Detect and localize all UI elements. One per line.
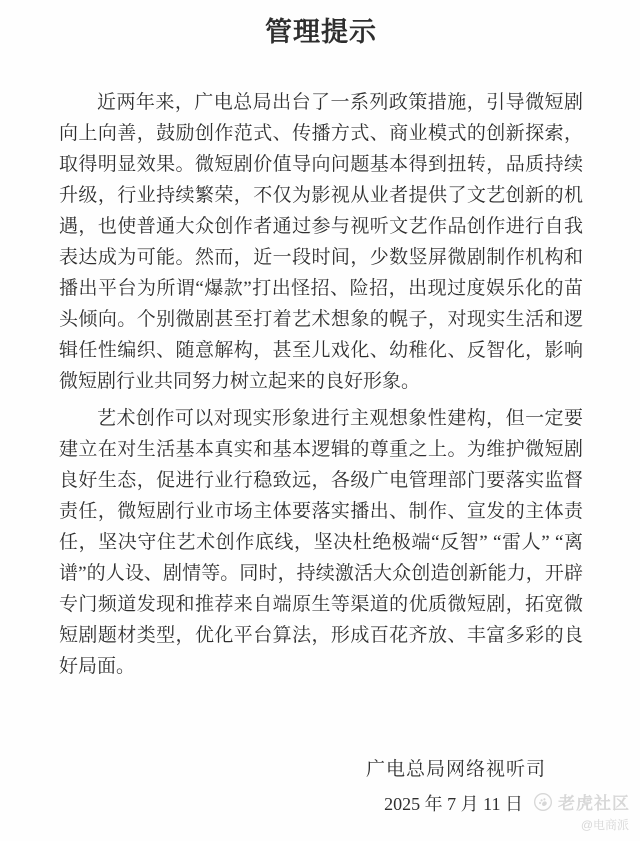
- document-title: 管理提示: [59, 14, 583, 50]
- paragraph-creation-requirements: 艺术创作可以对现实形象进行主观想象性建构，但一定要建立在对生活基本真实和基本逻辑…: [59, 403, 583, 682]
- document-page: 管理提示 近两年来，广电总局出台了一系列政策措施，引导微短剧向上向善，鼓励创作范…: [0, 0, 640, 816]
- tiger-logo-icon: [533, 792, 553, 812]
- watermark: 老虎社区 @电商派: [533, 789, 630, 833]
- watermark-community: 老虎社区: [558, 789, 630, 814]
- date: 2025 年 7 月 11 日: [59, 790, 583, 816]
- signature: 广电总局网络视听司: [59, 754, 583, 781]
- paragraph-policy-overview: 近两年来，广电总局出台了一系列政策措施，引导微短剧向上向善，鼓励创作范式、传播方…: [59, 87, 583, 397]
- watermark-handle: @电商派: [533, 816, 630, 833]
